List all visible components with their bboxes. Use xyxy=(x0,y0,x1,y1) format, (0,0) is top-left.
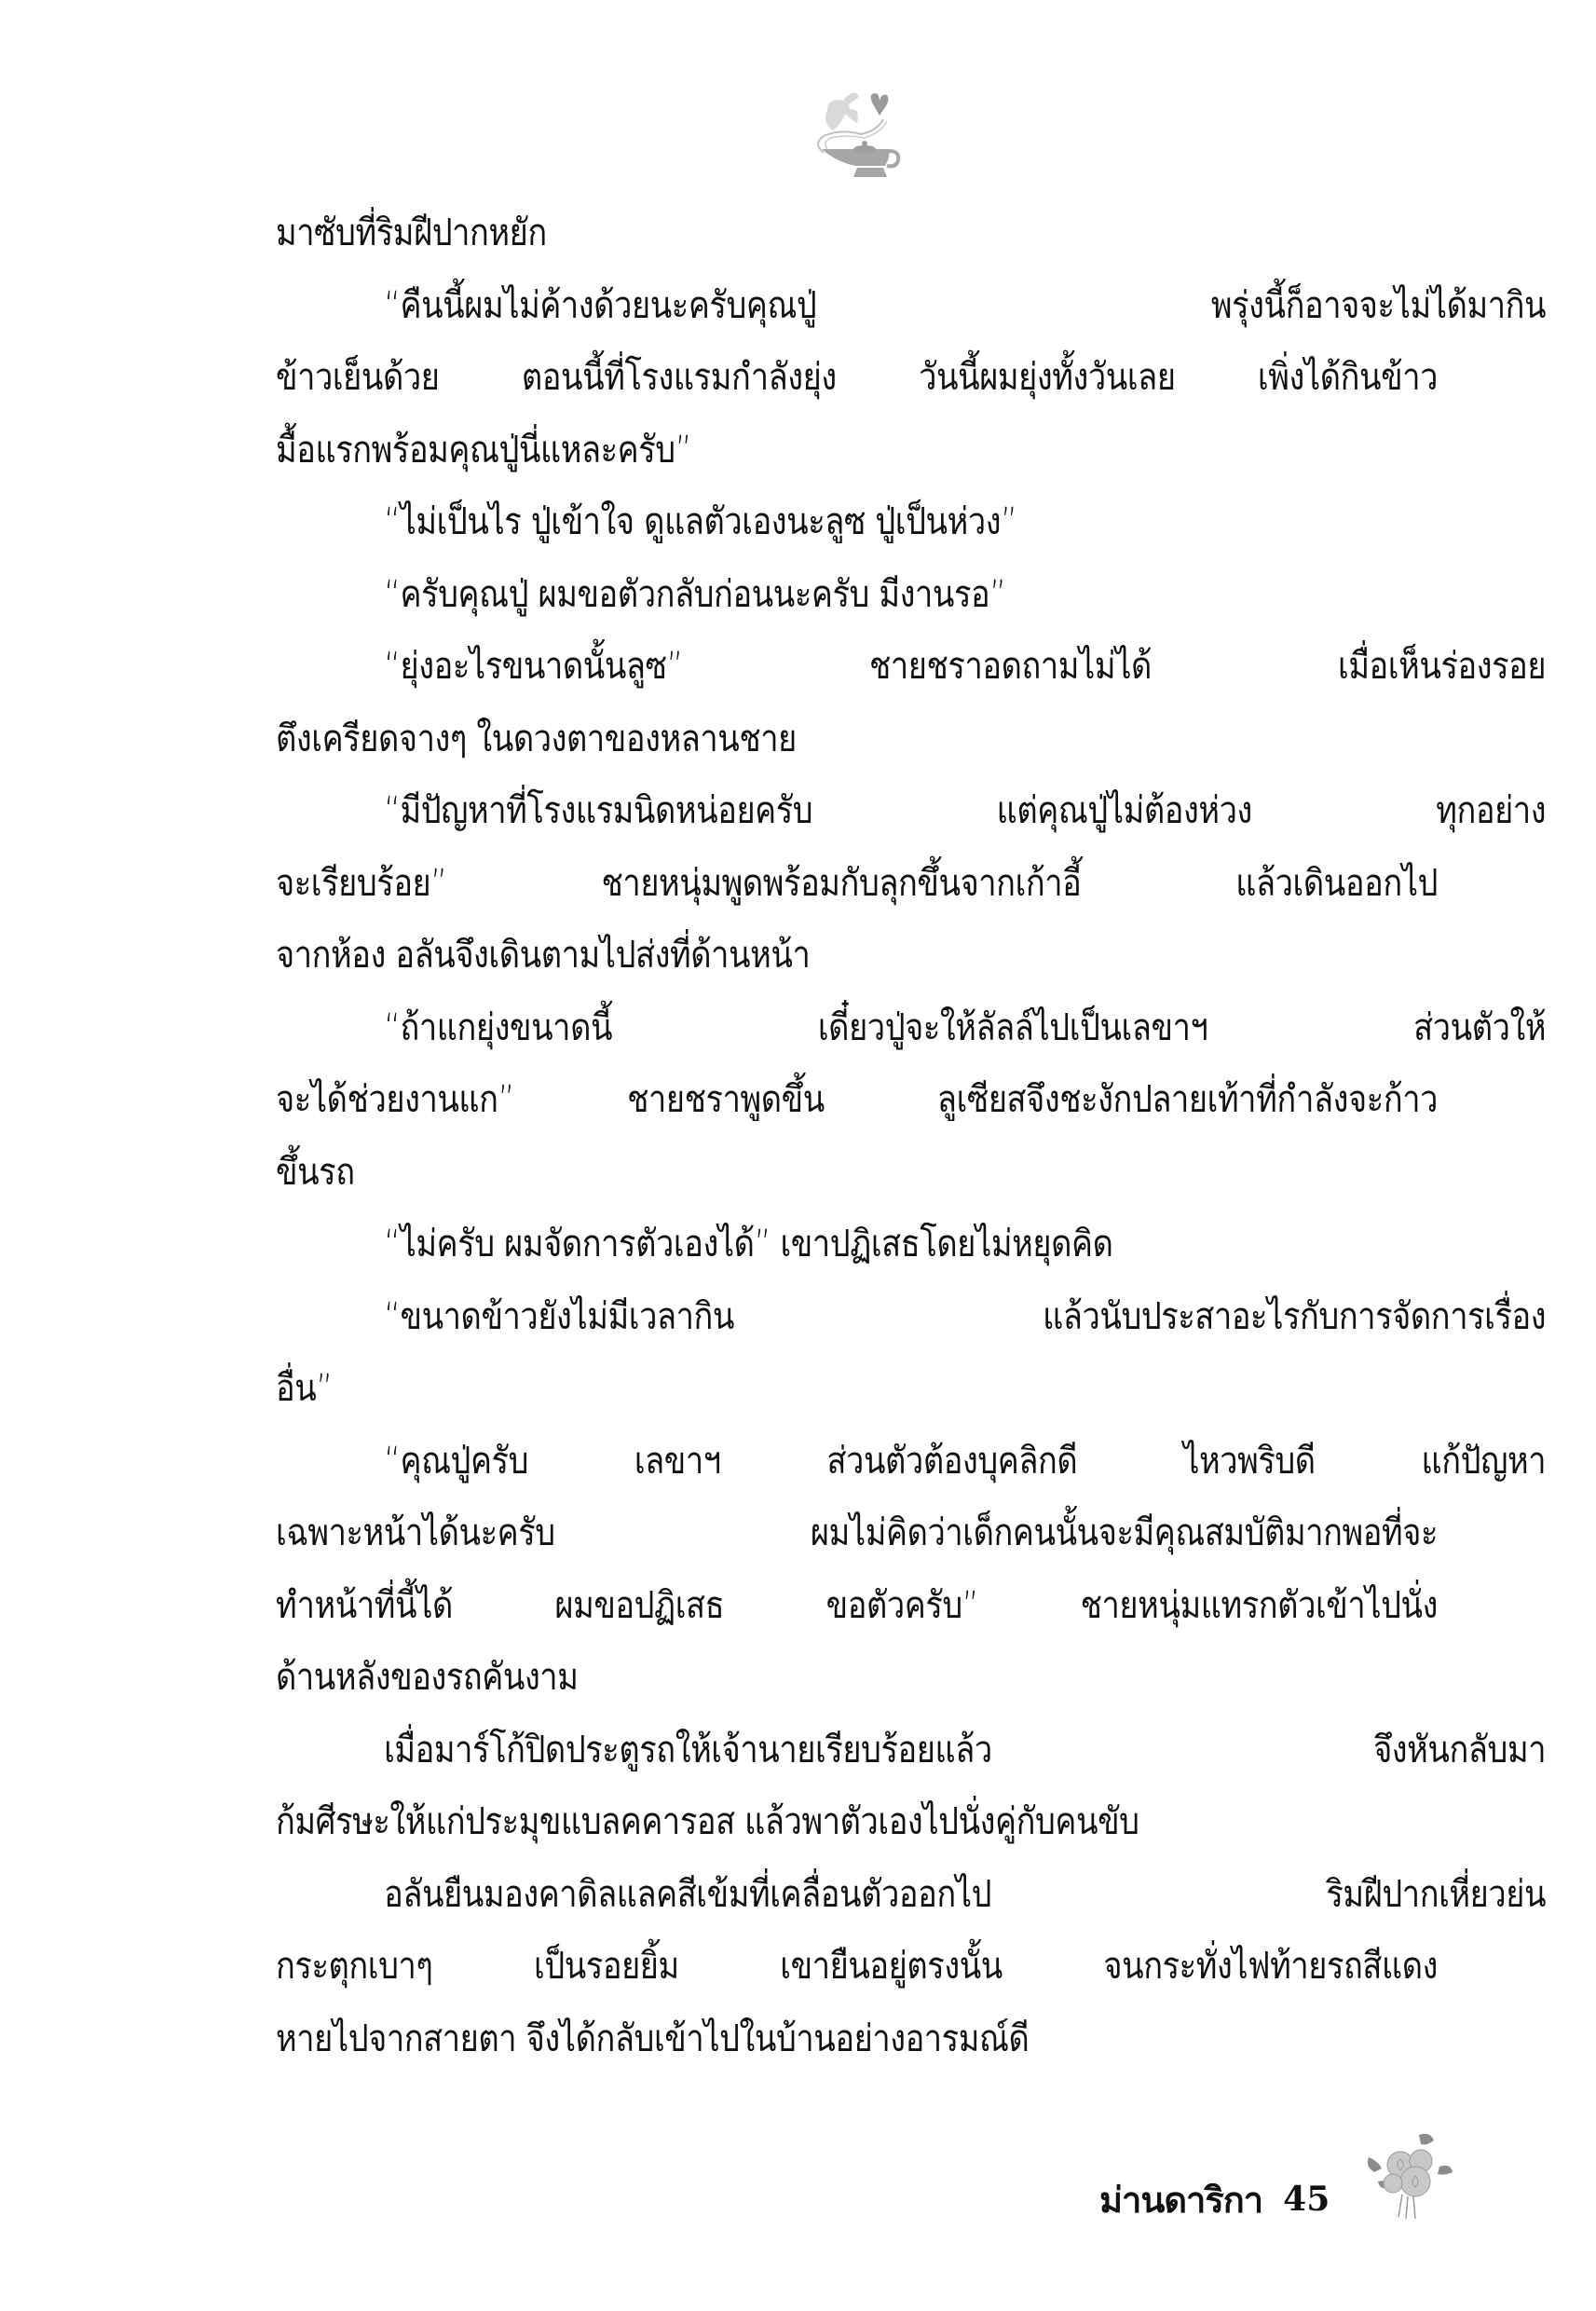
text-line: อลันยืนมองคาดิลแลคสีเข้มที่เคลื่อนตัวออก… xyxy=(276,1859,1546,1932)
text-line: ก้มศีรษะให้แก่ประมุขแบลคคารอส แล้วพาตัวเ… xyxy=(276,1786,1438,1859)
text-line: ด้านหลังของรถคันงาม xyxy=(276,1642,1438,1715)
text-line: “มีปัญหาที่โรงแรมนิดหน่อยครับ แต่คุณปู่ไ… xyxy=(276,775,1546,848)
text-line: “ครับคุณปู่ ผมขอตัวกลับก่อนนะครับ มีงานร… xyxy=(276,559,1546,632)
rose-bouquet-icon xyxy=(1356,2129,1458,2222)
page-number: 45 xyxy=(1283,2180,1330,2219)
text-line: ตึงเครียดจางๆ ในดวงตาของหลานชาย xyxy=(276,704,1438,776)
text-line: หายไปจากสายตา จึงได้กลับเข้าไปในบ้านอย่า… xyxy=(276,2003,1438,2076)
text-line: จะเรียบร้อย” ชายหนุ่มพูดพร้อมกับลุกขึ้นจ… xyxy=(276,848,1438,921)
page-footer: ม่านดาริกา 45 xyxy=(1099,2171,1330,2227)
text-line: จากห้อง อลันจึงเดินตามไปส่งที่ด้านหน้า xyxy=(276,920,1438,992)
text-line: “ถ้าแกยุ่งขนาดนี้ เดี๋ยวปู่จะให้ลัลล์ไปเ… xyxy=(276,992,1546,1065)
text-line: เฉพาะหน้าได้นะครับ ผมไม่คิดว่าเด็กคนนั้น… xyxy=(276,1497,1438,1570)
text-line: “คุณปู่ครับ เลขาฯ ส่วนตัวต้องบุคลิกดี ไห… xyxy=(276,1426,1546,1498)
text-line: “ขนาดข้าวยังไม่มีเวลากิน แล้วนับประสาอะไ… xyxy=(276,1281,1546,1354)
text-line: ทำหน้าที่นี้ได้ ผมขอปฏิเสธ ขอตัวครับ” ชา… xyxy=(276,1570,1438,1643)
text-line: ขึ้นรถ xyxy=(276,1137,1438,1210)
text-line: มื้อแรกพร้อมคุณปู่นี่แหละครับ” xyxy=(276,415,1438,487)
text-line: กระตุกเบาๆ เป็นรอยยิ้ม เขายืนอยู่ตรงนั้น… xyxy=(276,1931,1438,2003)
text-line: ข้าวเย็นด้วย ตอนนี้ที่โรงแรมกำลังยุ่ง วั… xyxy=(276,342,1438,415)
body-text: มาซับที่ริมฝีปากหยัก “คืนนี้ผมไม่ค้างด้ว… xyxy=(276,198,1440,2075)
text-line: “ไม่เป็นไร ปู่เข้าใจ ดูแลตัวเองนะลูซ ปู่… xyxy=(276,486,1546,559)
genie-lamp-with-cupid-icon xyxy=(803,82,906,185)
text-line: มาซับที่ริมฝีปากหยัก xyxy=(276,198,1438,270)
text-line: “ยุ่งอะไรขนาดนั้นลูซ” ชายชราอดถามไม่ได้ … xyxy=(276,631,1546,704)
text-line: จะได้ช่วยงานแก” ชายชราพูดขึ้น ลูเซียสจึง… xyxy=(276,1064,1438,1137)
text-line: เมื่อมาร์โก้ปิดประตูรถให้เจ้านายเรียบร้อ… xyxy=(276,1715,1546,1787)
text-line: อื่น” xyxy=(276,1353,1438,1426)
text-line: “ไม่ครับ ผมจัดการตัวเองได้” เขาปฏิเสธโดย… xyxy=(276,1209,1546,1281)
book-title: ม่านดาริกา xyxy=(1099,2171,1262,2228)
text-line: “คืนนี้ผมไม่ค้างด้วยนะครับคุณปู่ พรุ่งนี… xyxy=(276,270,1546,343)
